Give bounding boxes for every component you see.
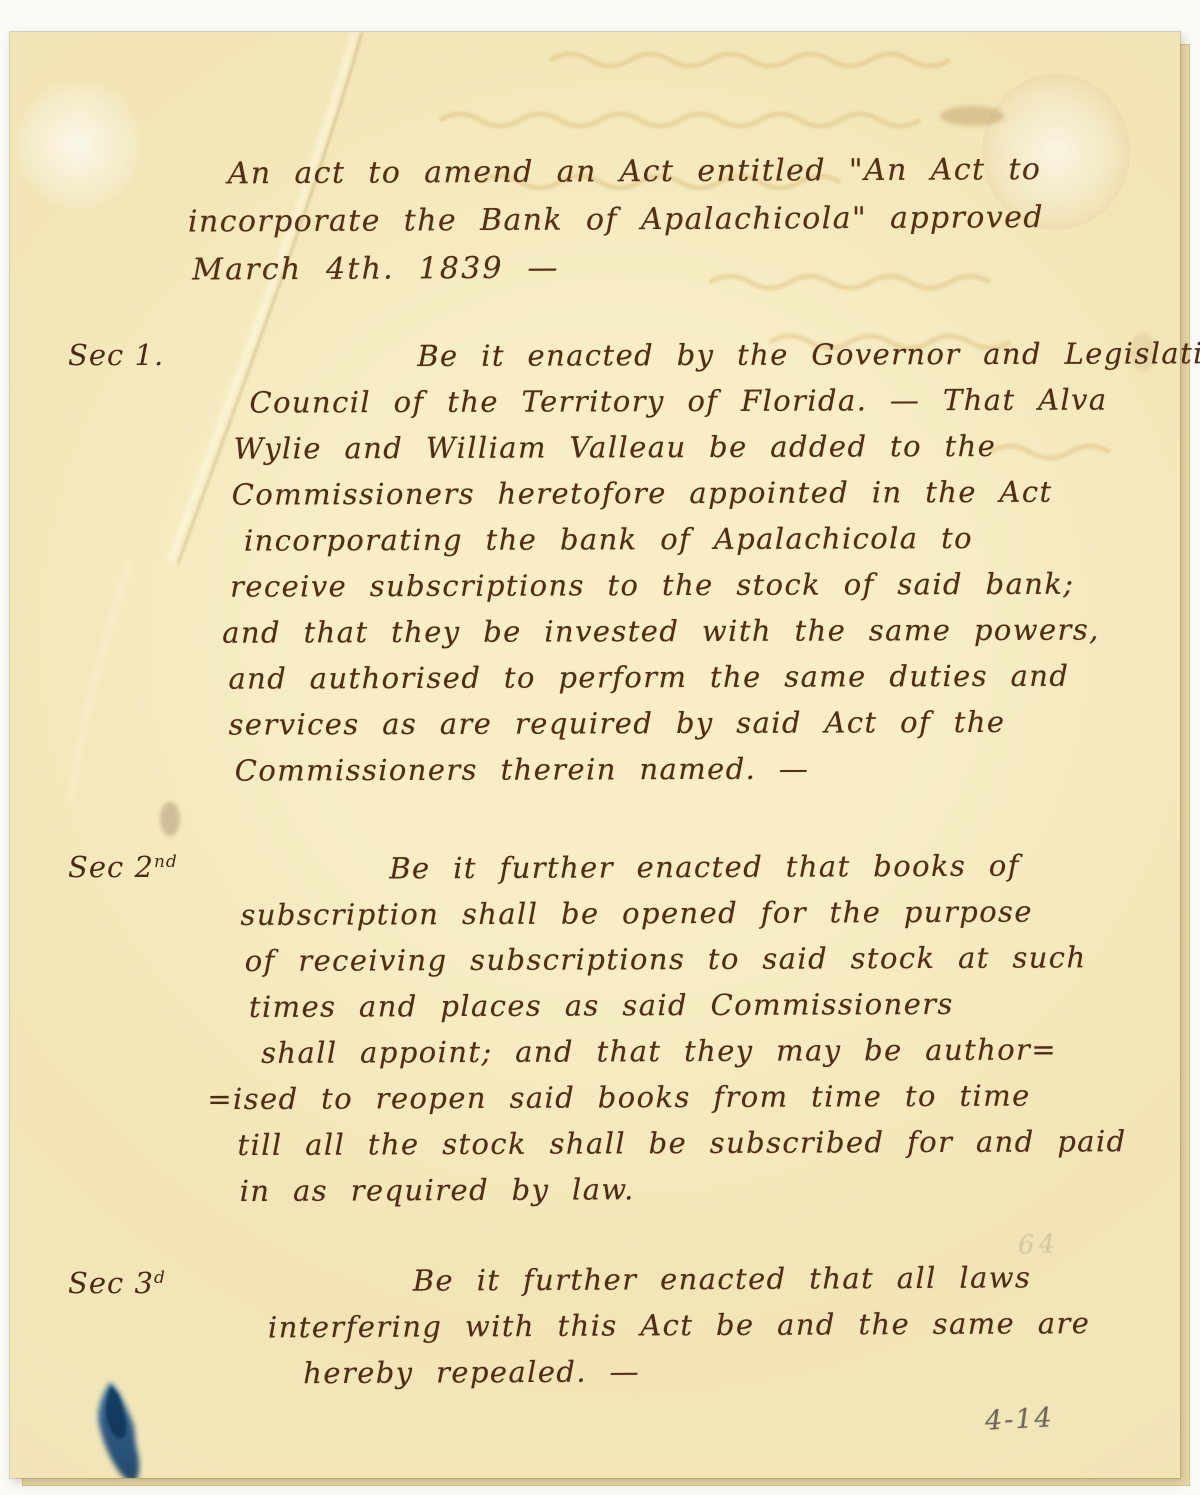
manuscript-line: receive subscriptions to the stock of sa… bbox=[222, 560, 1162, 609]
manuscript-line: and that they be invested with the same … bbox=[222, 606, 1162, 655]
title-line: An act to amend an Act entitled "An Act … bbox=[180, 145, 1170, 198]
section-3: Sec 3d Be it further enacted that all la… bbox=[10, 1256, 1180, 1394]
section-label-superscript: nd bbox=[154, 852, 178, 872]
section-label-text: Sec 1. bbox=[68, 338, 164, 372]
manuscript-line: times and places as said Commissioners bbox=[235, 980, 1165, 1030]
section-3-body: Be it further enacted that all laws inte… bbox=[268, 1254, 1169, 1397]
section-label-superscript: d bbox=[154, 1268, 166, 1288]
manuscript-line: till all the stock shall be subscribed f… bbox=[235, 1118, 1165, 1168]
manuscript-line: services as are required by said Act of … bbox=[222, 698, 1162, 747]
paper-stain bbox=[160, 802, 180, 836]
manuscript-line: Council of the Territory of Florida. — T… bbox=[221, 376, 1161, 425]
section-2-label: Sec 2nd bbox=[68, 850, 178, 884]
paper-stain bbox=[940, 106, 1004, 126]
manuscript-line: Commissioners heretofore appointed in th… bbox=[222, 468, 1162, 517]
section-1: Sec 1. Be it enacted by the Governor and… bbox=[10, 332, 1180, 792]
section-2-body: Be it further enacted that books of subs… bbox=[234, 842, 1166, 1214]
faint-pencil-number: 64 bbox=[1017, 1229, 1059, 1260]
section-1-label: Sec 1. bbox=[68, 338, 164, 372]
section-3-label: Sec 3d bbox=[68, 1266, 166, 1300]
manuscript-line: interfering with this Act be and the sam… bbox=[268, 1300, 1168, 1351]
manuscript-line: Wylie and William Valleau be added to th… bbox=[222, 422, 1162, 471]
pencil-page-number: 4-14 bbox=[984, 1402, 1054, 1437]
manuscript-page: An act to amend an Act entitled "An Act … bbox=[10, 32, 1180, 1478]
manuscript-line: shall appoint; and that they may be auth… bbox=[235, 1026, 1165, 1076]
section-label-text: Sec 3 bbox=[68, 1266, 154, 1300]
manuscript-line: =ised to reopen said books from time to … bbox=[207, 1072, 1165, 1122]
manuscript-line: Be it enacted by the Governor and Legisl… bbox=[221, 330, 1161, 379]
title-line: incorporate the Bank of Apalachicola" ap… bbox=[180, 193, 1170, 246]
seal-ghost-spot bbox=[16, 78, 140, 212]
manuscript-line: hereby repealed. — bbox=[268, 1346, 1168, 1397]
document-title: An act to amend an Act entitled "An Act … bbox=[180, 145, 1171, 294]
title-line: March 4th. 1839 — bbox=[180, 241, 1170, 294]
manuscript-line: Be it further enacted that all laws bbox=[268, 1254, 1168, 1305]
manuscript-line: Commissioners therein named. — bbox=[223, 744, 1163, 793]
section-label-text: Sec 2 bbox=[68, 850, 154, 884]
manuscript-line: and authorised to perform the same dutie… bbox=[222, 652, 1162, 701]
section-1-body: Be it enacted by the Governor and Legisl… bbox=[221, 330, 1163, 793]
blue-ink-smudge bbox=[98, 1382, 139, 1478]
manuscript-line: of receiving subscriptions to said stock… bbox=[235, 934, 1165, 984]
manuscript-line: incorporating the bank of Apalachicola t… bbox=[222, 514, 1162, 563]
manuscript-line: in as required by law. bbox=[236, 1164, 1166, 1214]
section-2: Sec 2nd Be it further enacted that books… bbox=[10, 844, 1180, 1212]
manuscript-line: subscription shall be opened for the pur… bbox=[234, 888, 1164, 938]
manuscript-line: Be it further enacted that books of bbox=[234, 842, 1164, 892]
